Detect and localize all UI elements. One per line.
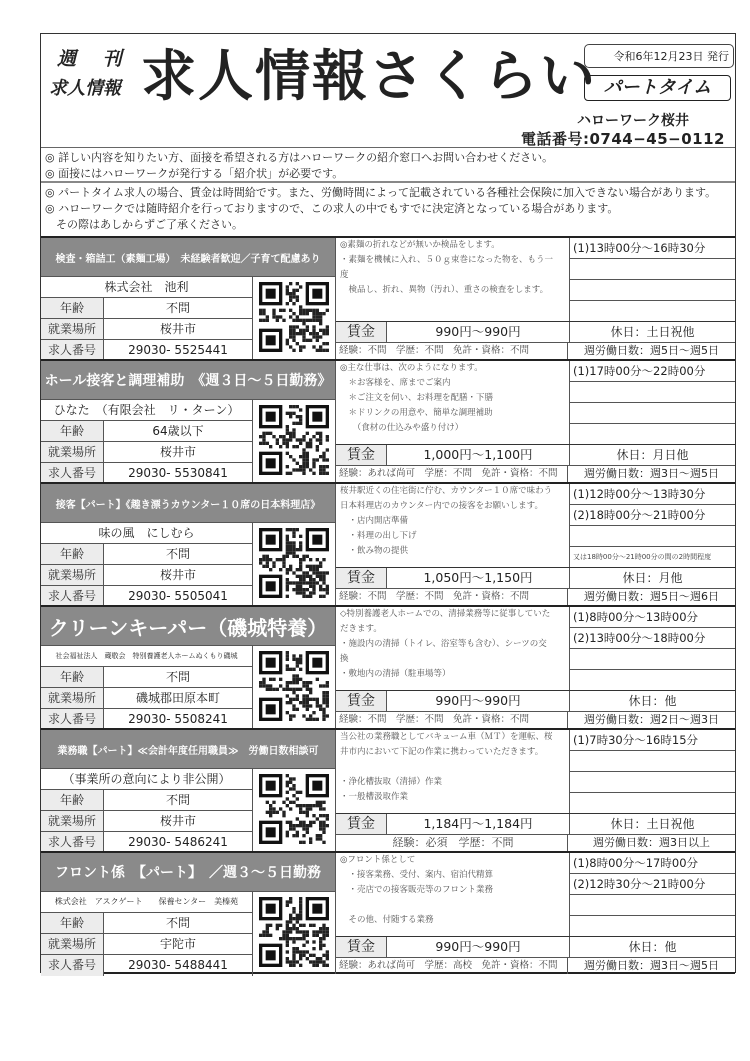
work-hours: (1)7時30分〜16時15分 <box>569 730 735 813</box>
age-row: 年齢 不問 <box>41 667 253 688</box>
description-line: ◎フロント係として <box>340 853 568 868</box>
bulletin-header: 週 刊 求人情報 求人情報さくらい 令和6年12月23日 発行 パートタイム ハ… <box>41 34 735 144</box>
notice-line: その際はあしからずご了承ください。 <box>45 217 731 233</box>
description-line: ・一般槽汲取作業 <box>340 790 568 805</box>
weekly-label: 週 刊 <box>57 44 132 71</box>
shift-slot: 又は18時00分〜21時00分の間の2時間程度 <box>570 547 735 567</box>
holiday-value: 休日：他 <box>570 937 735 957</box>
job-title: フロント係 【パート】 ／週３〜５日勤務 <box>41 853 335 892</box>
job-listing: フロント係 【パート】 ／週３〜５日勤務 株式会社 アスクゲート 保養センター … <box>41 851 735 974</box>
description-line <box>340 760 568 775</box>
job-title: クリーンキーパー（磯城特養） <box>41 607 335 646</box>
job-number-label: 求人番号 <box>41 463 104 484</box>
location-label: 就業場所 <box>41 811 104 831</box>
job-description: 桜井駅近くの住宅街に佇む、カウンター１０席で味わう日本料理店のカウンター内での接… <box>338 484 568 567</box>
qr-code-icon[interactable] <box>259 405 329 477</box>
job-number-row: 求人番号 29030- 5530841 <box>41 463 253 484</box>
wage-label: 賃金 <box>336 568 387 588</box>
description-line: ◇特別養護老人ホームでの、清掃業務等に従事していた <box>340 607 568 622</box>
shift-slot: (2)18時00分〜21時00分 <box>570 505 735 526</box>
job-number-value: 29030- 5530841 <box>104 463 252 484</box>
work-days-value: 週労働日数：週5日〜週5日 <box>568 342 735 359</box>
job-number-row: 求人番号 29030- 5508241 <box>41 709 253 730</box>
wage-label: 賃金 <box>336 691 387 711</box>
description-line: ・素麺を機械に入れ、５０ｇ束巻になった物を、もう一 <box>340 253 568 268</box>
notice-line: ◎ ハローワークでは随時紹介を行っておりますので、この求人の中でもすでに決定済と… <box>45 201 731 217</box>
job-description: 当公社の業務職としてバキューム車（ＭＴ）を運転、桜井市内において下記の作業に携わ… <box>338 730 568 813</box>
location-row: 就業場所 宇陀市 <box>41 934 253 955</box>
job-number-label: 求人番号 <box>41 955 104 976</box>
wage-value: 1,000円〜1,100円 <box>387 445 570 465</box>
requirements-value: 経験：不問 学歴：不問 免許・資格：不問 <box>336 711 568 728</box>
requirements-row: 経験：あれば尚可 学歴：高校 免許・資格：不問 週労働日数：週3日〜週5日 <box>336 957 735 974</box>
job-listings: 検査・箱詰工（素麺工場） 未経験者歓迎／子育て配慮あり 株式会社 池利 年齢 不… <box>41 236 735 974</box>
shift-slot <box>570 280 735 301</box>
job-title: ホール接客と調理補助 《週３日〜５日勤務》 <box>41 361 335 400</box>
location-row: 就業場所 桜井市 <box>41 319 253 340</box>
description-line: ・料理の出し下げ <box>340 529 568 544</box>
description-line: その他、付随する業務 <box>340 913 568 928</box>
job-number-row: 求人番号 29030- 5525441 <box>41 340 253 361</box>
shift-slot: (1)8時00分〜17時00分 <box>570 853 735 874</box>
job-title-text: フロント係 【パート】 ／週３〜５日勤務 <box>55 862 321 882</box>
location-value: 宇陀市 <box>104 934 252 954</box>
job-number-row: 求人番号 29030- 5486241 <box>41 832 253 853</box>
shift-slot: (1)8時00分〜13時00分 <box>570 607 735 628</box>
job-title: 接客【パート】《趣き漂うカウンター１０席の日本料理店》 <box>41 484 335 523</box>
requirements-value: 経験：必須 学歴：不問 <box>336 834 568 851</box>
qr-code-icon[interactable] <box>259 651 329 723</box>
holiday-value: 休日：月他 <box>570 568 735 588</box>
company-name: 株式会社 アスクゲート 保養センター 美榛苑 <box>41 891 253 913</box>
description-line: ＊ご注文を伺い、お料理を配膳・下膳 <box>340 391 568 406</box>
location-label: 就業場所 <box>41 565 104 585</box>
description-line <box>340 898 568 913</box>
wage-label: 賃金 <box>336 445 387 465</box>
shift-slot <box>570 751 735 772</box>
wage-row: 賃金 1,050円〜1,150円 休日：月他 <box>336 567 735 589</box>
age-value: 不問 <box>104 544 252 564</box>
age-value: 不問 <box>104 667 252 687</box>
location-row: 就業場所 磯城郡田原本町 <box>41 688 253 709</box>
job-number-value: 29030- 5505041 <box>104 586 252 607</box>
issue-date: 令和6年12月23日 発行 <box>584 44 734 68</box>
qr-code-icon[interactable] <box>259 282 329 354</box>
job-description: ◎フロント係として ・接客業務、受付、案内、宿泊代精算 ・売店での接客販売等のフ… <box>338 853 568 936</box>
description-line: 桜井駅近くの住宅街に佇む、カウンター１０席で味わう <box>340 484 568 499</box>
notice-box-parttime: ◎ パートタイム求人の場合、賃金は時間給です。また、労働時間によって記載されてい… <box>41 184 735 236</box>
requirements-row: 経験：必須 学歴：不問 週労働日数：週3日以上 <box>336 834 735 851</box>
shift-slot <box>570 259 735 280</box>
office-name: ハローワーク桜井 <box>525 110 725 130</box>
wage-value: 990円〜990円 <box>387 322 570 342</box>
description-line: ・浄化槽抜取（清掃）作業 <box>340 775 568 790</box>
job-number-row: 求人番号 29030- 5488441 <box>41 955 253 976</box>
description-line: ＊ドリンクの用意や、簡単な調理補助 <box>340 406 568 421</box>
requirements-value: 経験：不問 学歴：不問 免許・資格：不問 <box>336 342 568 359</box>
shift-slot: (1)7時30分〜16時15分 <box>570 730 735 751</box>
location-label: 就業場所 <box>41 319 104 339</box>
age-label: 年齢 <box>41 790 104 810</box>
work-days-value: 週労働日数：週3日〜週5日 <box>568 957 735 974</box>
description-line: ◎主な仕事は、次のようになります。 <box>340 361 568 376</box>
wage-row: 賃金 1,000円〜1,100円 休日：月日他 <box>336 444 735 466</box>
location-value: 桜井市 <box>104 442 252 462</box>
description-line: ◎素麺の折れなどが無いか検品をします。 <box>340 238 568 253</box>
requirements-row: 経験：不問 学歴：不問 免許・資格：不問 週労働日数：週5日〜週5日 <box>336 342 735 359</box>
job-number-label: 求人番号 <box>41 340 104 361</box>
work-hours: (1)12時00分〜13時30分(2)18時00分〜21時00分 又は18時00… <box>569 484 735 567</box>
work-days-value: 週労働日数：週3日〜週5日 <box>568 465 735 482</box>
job-number-value: 29030- 5525441 <box>104 340 252 361</box>
notice-line: ◎ 面接にはハローワークが発行する「紹介状」が必要です。 <box>45 166 731 182</box>
work-days-value: 週労働日数：週2日〜週3日 <box>568 711 735 728</box>
requirements-value: 経験：あれば尚可 学歴：不問 免許・資格：不問 <box>336 465 568 482</box>
age-row: 年齢 不問 <box>41 544 253 565</box>
job-listing: ホール接客と調理補助 《週３日〜５日勤務》 ひなた （有限会社 リ・ターン） 年… <box>41 359 735 482</box>
description-line: 検品し、折れ、異物（汚れ）、重さの検査をします。 <box>340 283 568 298</box>
wage-label: 賃金 <box>336 937 387 957</box>
age-value: 不問 <box>104 790 252 810</box>
job-number-row: 求人番号 29030- 5505041 <box>41 586 253 607</box>
holiday-value: 休日：土日祝他 <box>570 322 735 342</box>
shift-slot <box>570 424 735 444</box>
company-name: 味の風 にしむら <box>41 522 253 544</box>
age-value: 64歳以下 <box>104 421 252 441</box>
job-number-value: 29030- 5488441 <box>104 955 252 976</box>
location-label: 就業場所 <box>41 442 104 462</box>
wage-value: 1,050円〜1,150円 <box>387 568 570 588</box>
job-number-label: 求人番号 <box>41 832 104 853</box>
wage-row: 賃金 990円〜990円 休日：他 <box>336 690 735 712</box>
qr-code-icon[interactable] <box>259 774 329 846</box>
requirements-value: 経験：あれば尚可 学歴：高校 免許・資格：不問 <box>336 957 568 974</box>
notice-box-referral: ◎ 詳しい内容を知りたい方、面接を希望される方はハローワークの紹介窓口へお問い合… <box>41 147 735 183</box>
company-name: 社会福祉法人 蔵敬会 特別養護老人ホームぬくもり磯城 <box>41 645 253 667</box>
job-info-label: 求人情報 <box>49 74 121 100</box>
work-hours: (1)8時00分〜13時00分(2)13時00分〜18時00分 <box>569 607 735 690</box>
shift-slot <box>570 895 735 916</box>
holiday-value: 休日：月日他 <box>570 445 735 465</box>
job-title-text: 接客【パート】《趣き漂うカウンター１０席の日本料理店》 <box>56 496 321 511</box>
location-value: 桜井市 <box>104 811 252 831</box>
work-hours: (1)8時00分〜17時00分(2)12時30分〜21時00分 <box>569 853 735 936</box>
notice-line: ◎ 詳しい内容を知りたい方、面接を希望される方はハローワークの紹介窓口へお問い合… <box>45 150 731 166</box>
age-row: 年齢 不問 <box>41 298 253 319</box>
job-number-label: 求人番号 <box>41 709 104 730</box>
wage-label: 賃金 <box>336 814 387 834</box>
age-row: 年齢 64歳以下 <box>41 421 253 442</box>
job-listing: 接客【パート】《趣き漂うカウンター１０席の日本料理店》 味の風 にしむら 年齢 … <box>41 482 735 605</box>
holiday-value: 休日：土日祝他 <box>570 814 735 834</box>
description-line: ・飲み物の提供 <box>340 544 568 559</box>
job-listing: 検査・箱詰工（素麺工場） 未経験者歓迎／子育て配慮あり 株式会社 池利 年齢 不… <box>41 236 735 359</box>
job-description: ◇特別養護老人ホームでの、清掃業務等に従事していただきます。・施設内の清掃（トイ… <box>338 607 568 690</box>
company-name: （事業所の意向により非公開） <box>41 768 253 790</box>
work-hours: (1)13時00分〜16時30分 <box>569 238 735 321</box>
requirements-row: 経験：不問 学歴：不問 免許・資格：不問 週労働日数：週2日〜週3日 <box>336 711 735 728</box>
description-line: ・接客業務、受付、案内、宿泊代精算 <box>340 868 568 883</box>
shift-slot <box>570 649 735 670</box>
description-line: （食材の仕込みや盛り付け） <box>340 421 568 436</box>
description-line: ・店内開店準備 <box>340 514 568 529</box>
age-value: 不問 <box>104 298 252 318</box>
wage-row: 賃金 990円〜990円 休日：他 <box>336 936 735 958</box>
job-title-text: ホール接客と調理補助 《週３日〜５日勤務》 <box>45 370 332 390</box>
requirements-row: 経験：不問 学歴：不問 免許・資格：不問 週労働日数：週5日〜週6日 <box>336 588 735 605</box>
location-value: 桜井市 <box>104 319 252 339</box>
location-value: 磯城郡田原本町 <box>104 688 252 708</box>
location-row: 就業場所 桜井市 <box>41 442 253 463</box>
description-line: ・売店での接客販売等のフロント業務 <box>340 883 568 898</box>
company-name: 株式会社 池利 <box>41 276 253 298</box>
description-line: 井市内において下記の作業に携わっていただきます。 <box>340 745 568 760</box>
age-label: 年齢 <box>41 544 104 564</box>
job-number-label: 求人番号 <box>41 586 104 607</box>
description-line: だきます。 <box>340 622 568 637</box>
job-title: 検査・箱詰工（素麺工場） 未経験者歓迎／子育て配慮あり <box>41 238 335 277</box>
description-line: 度 <box>340 268 568 283</box>
description-line: 日本料理店のカウンター内での接客をお願いします。 <box>340 499 568 514</box>
job-number-value: 29030- 5486241 <box>104 832 252 853</box>
shift-slot <box>570 916 735 936</box>
work-hours: (1)17時00分〜22時00分 <box>569 361 735 444</box>
qr-code-icon[interactable] <box>259 897 329 969</box>
description-line: ＊お客様を、席までご案内 <box>340 376 568 391</box>
shift-slot: (1)12時00分〜13時30分 <box>570 484 735 505</box>
wage-value: 990円〜990円 <box>387 937 570 957</box>
age-label: 年齢 <box>41 667 104 687</box>
job-title-text: クリーンキーパー（磯城特養） <box>49 612 328 641</box>
location-row: 就業場所 桜井市 <box>41 811 253 832</box>
wage-row: 賃金 1,184円〜1,184円 休日：土日祝他 <box>336 813 735 835</box>
location-value: 桜井市 <box>104 565 252 585</box>
shift-slot: (1)13時00分〜16時30分 <box>570 238 735 259</box>
notice-line: ◎ パートタイム求人の場合、賃金は時間給です。また、労働時間によって記載されてい… <box>45 185 731 201</box>
age-label: 年齢 <box>41 298 104 318</box>
category-badge: パートタイム <box>584 75 731 101</box>
shift-slot <box>570 793 735 813</box>
holiday-value: 休日：他 <box>570 691 735 711</box>
job-title-text: 検査・箱詰工（素麺工場） 未経験者歓迎／子育て配慮あり <box>56 250 321 265</box>
location-row: 就業場所 桜井市 <box>41 565 253 586</box>
shift-slot <box>570 403 735 424</box>
description-line: ・施設内の清掃（トイレ、浴室等も含む）、シーツの交 <box>340 637 568 652</box>
location-label: 就業場所 <box>41 934 104 954</box>
shift-slot: (2)13時00分〜18時00分 <box>570 628 735 649</box>
company-name: ひなた （有限会社 リ・ターン） <box>41 399 253 421</box>
job-number-value: 29030- 5508241 <box>104 709 252 730</box>
wage-row: 賃金 990円〜990円 休日：土日祝他 <box>336 321 735 343</box>
shift-slot <box>570 772 735 793</box>
job-description: ◎主な仕事は、次のようになります。 ＊お客様を、席までご案内 ＊ご注文を伺い、お… <box>338 361 568 444</box>
job-listing: クリーンキーパー（磯城特養） 社会福祉法人 蔵敬会 特別養護老人ホームぬくもり磯… <box>41 605 735 728</box>
job-title-text: 業務職【パート】≪会計年度任用職員≫ 労働日数相談可 <box>58 742 319 757</box>
location-label: 就業場所 <box>41 688 104 708</box>
bulletin-title: 求人情報さくらい <box>141 46 597 106</box>
description-line: 当公社の業務職としてバキューム車（ＭＴ）を運転、桜 <box>340 730 568 745</box>
wage-label: 賃金 <box>336 322 387 342</box>
wage-value: 990円〜990円 <box>387 691 570 711</box>
age-row: 年齢 不問 <box>41 913 253 934</box>
shift-slot <box>570 526 735 547</box>
job-title: 業務職【パート】≪会計年度任用職員≫ 労働日数相談可 <box>41 730 335 769</box>
age-row: 年齢 不問 <box>41 790 253 811</box>
job-listing: 業務職【パート】≪会計年度任用職員≫ 労働日数相談可 （事業所の意向により非公開… <box>41 728 735 851</box>
shift-slot <box>570 301 735 321</box>
qr-code-icon[interactable] <box>259 528 329 600</box>
wage-value: 1,184円〜1,184円 <box>387 814 570 834</box>
age-label: 年齢 <box>41 421 104 441</box>
shift-slot: (1)17時00分〜22時00分 <box>570 361 735 382</box>
age-value: 不問 <box>104 913 252 933</box>
shift-slot: (2)12時30分〜21時00分 <box>570 874 735 895</box>
work-days-value: 週労働日数：週3日以上 <box>568 834 735 851</box>
requirements-row: 経験：あれば尚可 学歴：不問 免許・資格：不問 週労働日数：週3日〜週5日 <box>336 465 735 482</box>
office-phone: 電話番号:0744−45−0112 <box>521 128 725 149</box>
requirements-value: 経験：不問 学歴：不問 免許・資格：不問 <box>336 588 568 605</box>
shift-slot <box>570 382 735 403</box>
job-bulletin-page: 週 刊 求人情報 求人情報さくらい 令和6年12月23日 発行 パートタイム ハ… <box>40 33 736 973</box>
work-days-value: 週労働日数：週5日〜週6日 <box>568 588 735 605</box>
job-description: ◎素麺の折れなどが無いか検品をします。・素麺を機械に入れ、５０ｇ束巻になった物を… <box>338 238 568 321</box>
description-line: ・敷地内の清掃（駐車場等） <box>340 667 568 682</box>
shift-slot <box>570 670 735 690</box>
age-label: 年齢 <box>41 913 104 933</box>
description-line: 換 <box>340 652 568 667</box>
